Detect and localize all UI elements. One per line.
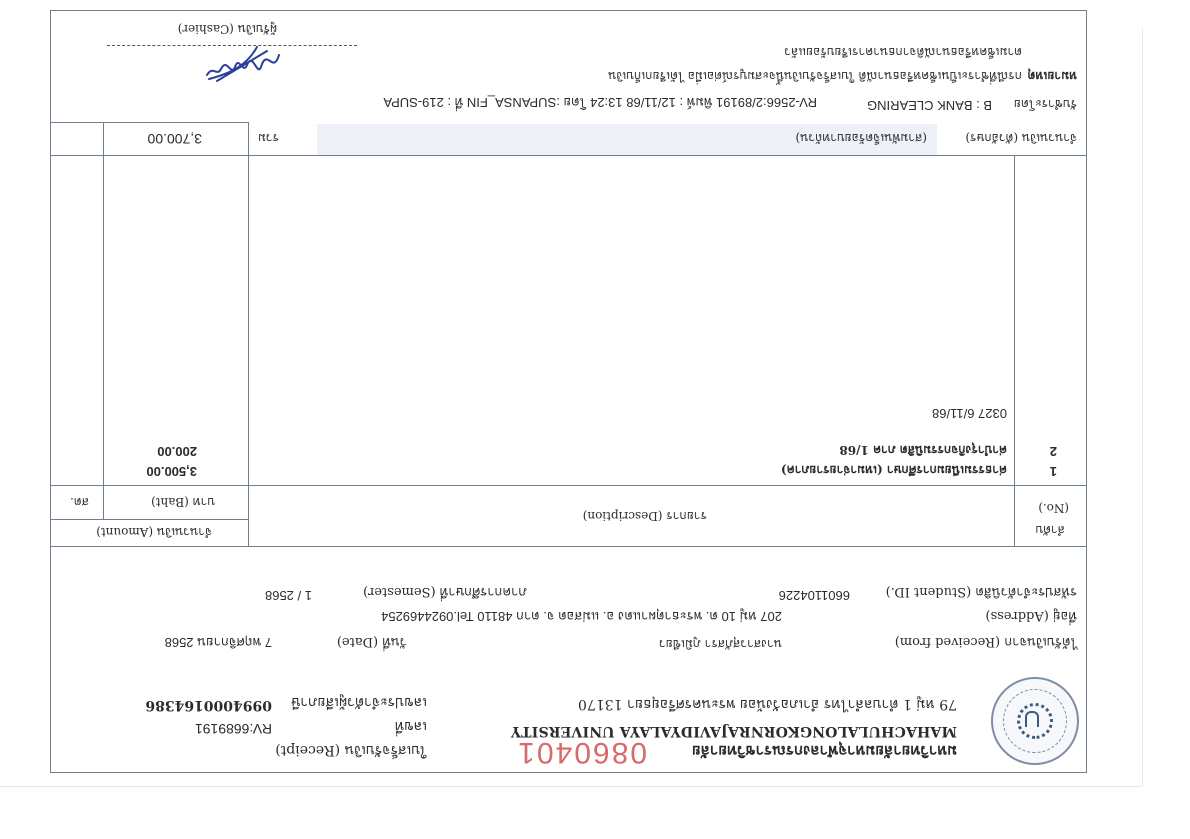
- receipt-sheet: มหาวิทยาลัยมหาจุฬาลงกรณราชวิทยาลัย MAHAC…: [50, 10, 1087, 773]
- amount-in-words-label: จำนวนเงิน (ตัวอักษร): [965, 128, 1077, 147]
- column-header-satang: สต.: [70, 492, 89, 511]
- university-address: 79 หมู่ 1 ตำบลลำไทร อำเภอวังน้อย พระนครศ…: [578, 693, 957, 715]
- paper-edge: [1142, 28, 1143, 786]
- university-seal-icon: [991, 677, 1079, 765]
- total-value: 3,700.00: [148, 131, 203, 147]
- row-amount: 200.00: [157, 444, 197, 459]
- payment-method-label: รับชำระโดย: [1014, 94, 1077, 113]
- received-from-value: นางสาวสุภัสรา ภูมิเขียว: [659, 634, 782, 653]
- table-header-bottom: [50, 485, 1087, 486]
- signature-line: [107, 45, 357, 46]
- amount-header-divider: [50, 519, 249, 520]
- receipt-title: ใบเสร็จรับเงิน (Receipt): [275, 739, 427, 761]
- row-number: 1: [1050, 464, 1057, 479]
- semester-label: ภาคการศึกษาที่ (Semester): [363, 582, 527, 603]
- receipt-number-value: RV:6689191: [195, 721, 272, 737]
- column-header-no-en: (No.): [1038, 501, 1069, 515]
- student-id-value: 6601104226: [779, 588, 850, 603]
- satang-column-divider: [103, 123, 104, 520]
- tax-id-value: 0994000164386: [145, 697, 272, 713]
- row-number: 2: [1050, 444, 1057, 459]
- table-body-bottom: [50, 155, 1087, 156]
- receipt-number-label: เลขที่: [395, 715, 427, 737]
- date-value: 7 พฤศจิกายน 2568: [165, 632, 272, 653]
- remark-line-2: ตามเช็คหรือธนาณัติจากธนาคารเรียบร้อยแล้ว: [784, 42, 1022, 61]
- row-amount: 3,500.00: [146, 464, 197, 479]
- cashier-label: ผู้รับเงิน (Cashier): [178, 19, 277, 38]
- semester-value: 1 / 2568: [265, 588, 312, 603]
- student-id-label: รหัสประจำตัวนิสิต (Student ID.): [886, 582, 1077, 603]
- remark-label: หมายเหตุ: [1028, 66, 1077, 85]
- payment-method-value: B : BANK CLEARING: [867, 98, 992, 113]
- column-header-no-th: ลำดับ: [1035, 520, 1065, 539]
- column-header-amount: จำนวนเงิน (Amount): [96, 522, 212, 541]
- received-from-label: ได้รับเงินจาก (Received from): [895, 632, 1077, 653]
- tax-id-label: เลขประจำตัวผู้เสียภาษี: [291, 691, 427, 713]
- row-description: ค่าบำรุงกิจกรรมนิสิต ภาค 1/68: [839, 440, 1007, 459]
- address-label: ที่อยู่ (Address): [985, 606, 1077, 627]
- no-column-divider: [1014, 156, 1015, 547]
- amount-column-divider: [248, 123, 249, 547]
- serial-number: 0860401: [516, 735, 647, 769]
- table-top-border: [50, 546, 1087, 547]
- university-name-th: มหาวิทยาลัยมหาจุฬาลงกรณราชวิทยาลัย: [692, 739, 957, 763]
- column-header-description: รายการ (Description): [583, 506, 707, 525]
- address-value: 207 หมู่ 10 ต. พระธาตุผาแดง อ. แม่สอด จ.…: [381, 606, 782, 627]
- paper-edge: [0, 786, 1142, 787]
- amount-in-words-value: (สามพันเจ็ดร้อยบาทถ้วน): [795, 128, 927, 147]
- handwritten-signature-icon: [197, 43, 287, 85]
- column-header-baht: บาท (Baht): [151, 492, 215, 511]
- remark-line-1: กรณีที่ชำระเป็นเช็คหรือธนาณัติ ใบเสร็จรั…: [608, 66, 1022, 85]
- row-description: ค่าธรรมเนียมการศึกษา (เหมาจ่ายรายภาค): [781, 460, 1007, 479]
- date-label: วันที่ (Date): [337, 632, 407, 653]
- row-note: 0327 6/11/68: [932, 406, 1007, 421]
- total-label: รวม: [258, 128, 279, 147]
- print-info: RV-2566:2/89191 พิมพ์ : 12/11/68 13:24 โ…: [383, 92, 817, 113]
- total-row-bottom: [50, 122, 249, 123]
